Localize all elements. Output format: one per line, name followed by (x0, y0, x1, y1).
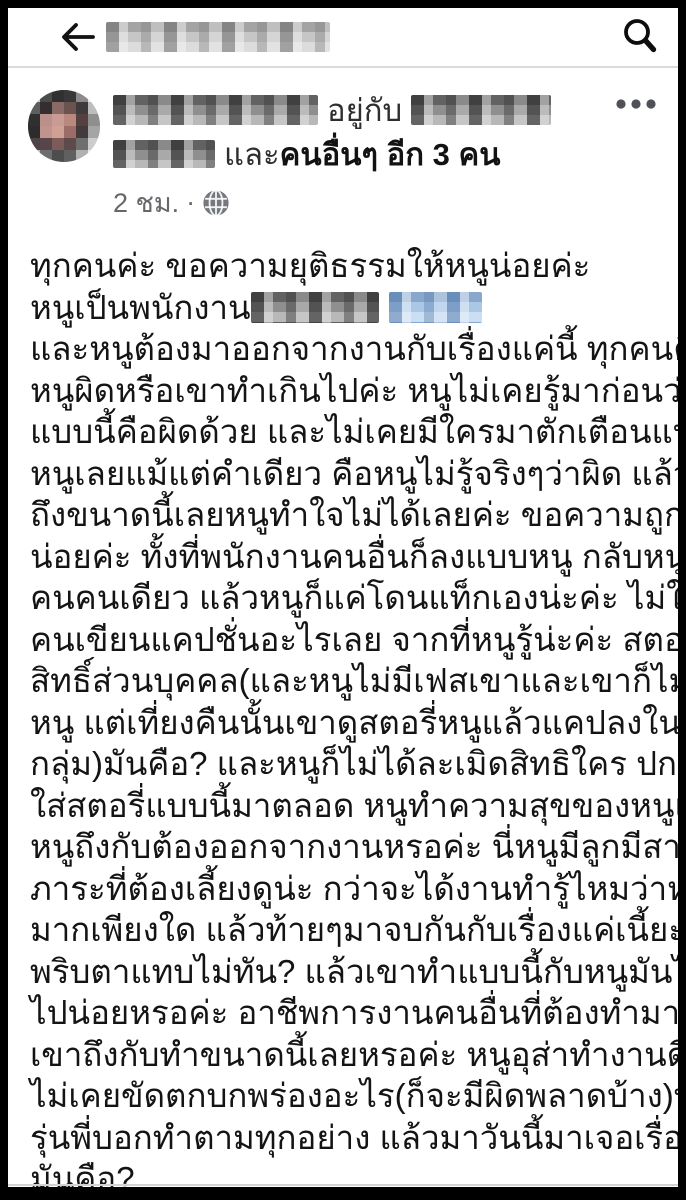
redacted-profile-title[interactable] (106, 22, 330, 52)
body-line: ถึงขนาดนี้เลยหนูทำใจไม่ได้เลยค่ะ ขอความถ… (30, 494, 662, 536)
redacted-tagged-page-link[interactable] (389, 292, 482, 323)
more-options-icon[interactable] (614, 88, 658, 224)
redacted-tagged-name[interactable] (411, 95, 551, 125)
body-line: และหนูต้องมาออกจากงานกับเรื่องแค่นี้ ทุก… (30, 328, 662, 370)
body-line: เขาถึงกับทำขนาดนี้เลยหรอค่ะ หนูอุส่าทำงา… (30, 1034, 662, 1076)
back-icon[interactable] (58, 20, 98, 54)
globe-icon (202, 189, 230, 217)
top-navigation-bar (8, 8, 678, 66)
bottom-divider (8, 1184, 678, 1186)
poster-name-row: อยู่กับ (113, 88, 551, 132)
body-line: หนู แต่เที่ยงคืนนั้นเขาดูสตอรี่หนูแล้วแค… (30, 702, 662, 744)
body-line: คนเขียนแคปชั่นอะไรเลย จากที่หนูรู้น่ะค่ะ… (30, 619, 662, 661)
body-line: สิทธิ์ส่วนบุคคล(และหนูไม่มีเฟสเขาและเขาก… (30, 660, 662, 702)
meta-dot: · (186, 187, 195, 218)
post-header-text: อยู่กับ และคนอื่นๆ อีก 3 คน 2 ชม. · (113, 88, 551, 224)
body-line: มันคือ? (30, 1158, 662, 1187)
body-line: ภาระที่ต้องเลี้ยงดูน่ะ กว่าจะได้งานทำรู้… (30, 868, 662, 910)
body-line: ใส่สตอรี่แบบนี้มาตลอด หนูทำความสุขของหนู… (30, 785, 662, 827)
body-line: พริบตาแทบไม่ทัน? แล้วเขาทำแบบนี้กับหนูมั… (30, 951, 662, 993)
redacted-poster-name[interactable] (113, 95, 318, 125)
tagged-people-row: และคนอื่นๆ อีก 3 คน (113, 132, 551, 176)
body-line: คนคนเดียว แล้วหนูก็แค่โดนแท็กเองน่ะค่ะ ไ… (30, 577, 662, 619)
body-line: กลุ่ม)มันคือ? และหนูก็ไม่ได้ละเมิดสิทธิใ… (30, 743, 662, 785)
body-line: แบบนี้คือผิดด้วย และไม่เคยมีใครมาตักเตือ… (30, 411, 662, 453)
with-label: อยู่กับ (327, 85, 402, 135)
search-icon[interactable] (620, 15, 662, 59)
header-divider (8, 66, 678, 68)
body-line-prefix: หนูเป็นพนักงาน (30, 289, 251, 326)
body-line: ไปน่อยหรอค่ะ อาชีพการงานคนอื่นที่ต้องทำม… (30, 992, 662, 1034)
body-line: ทุกคนค่ะ ขอความยุติธรรมให้หนูน่อยค่ะ (30, 245, 662, 287)
body-line: หนูเลยแม้แต่คำเดียว คือหนูไม่รู้จริงๆว่า… (30, 453, 662, 495)
photo-frame: อยู่กับ และคนอื่นๆ อีก 3 คน 2 ชม. · (0, 0, 686, 1200)
and-label: และ (224, 129, 280, 179)
timestamp: 2 ชม. (113, 181, 179, 224)
post-meta-row: 2 ชม. · (113, 181, 551, 224)
body-line: หนูผิดหรือเขาทำเกินไปค่ะ หนูไม่เคยรู้มาก… (30, 370, 662, 412)
body-line: รุ่นพี่บอกทำตามทุกอย่าง แล้วมาวันนี้มาเจ… (30, 1117, 662, 1159)
body-line: มากเพียงใด แล้วท้ายๆมาจบกันกับเรื่องแค่เ… (30, 909, 662, 951)
body-line: หนูถึงกับต้องออกจากงานหรอค่ะ นี่หนูมีลูก… (30, 826, 662, 868)
profile-avatar[interactable] (28, 90, 100, 162)
app-screen: อยู่กับ และคนอื่นๆ อีก 3 คน 2 ชม. · (8, 8, 678, 1187)
body-line: น่อยค่ะ ทั้งที่พนักงานคนอื่นก็ลงแบบหนู ก… (30, 536, 662, 578)
post-header: อยู่กับ และคนอื่นๆ อีก 3 คน 2 ชม. · (28, 88, 658, 224)
body-line-with-tags: หนูเป็นพนักงาน (30, 287, 662, 329)
others-count-link[interactable]: คนอื่นๆ อีก 3 คน (280, 129, 501, 179)
post-body: ทุกคนค่ะ ขอความยุติธรรมให้หนูน่อยค่ะ หนู… (30, 245, 662, 1187)
redacted-employer-name (251, 292, 379, 323)
body-line: ไม่เคยขัดตกบกพร่องอะไร(ก็จะมีผิดพลาดบ้าง… (30, 1075, 662, 1117)
redacted-tagged-name-2[interactable] (113, 140, 215, 168)
